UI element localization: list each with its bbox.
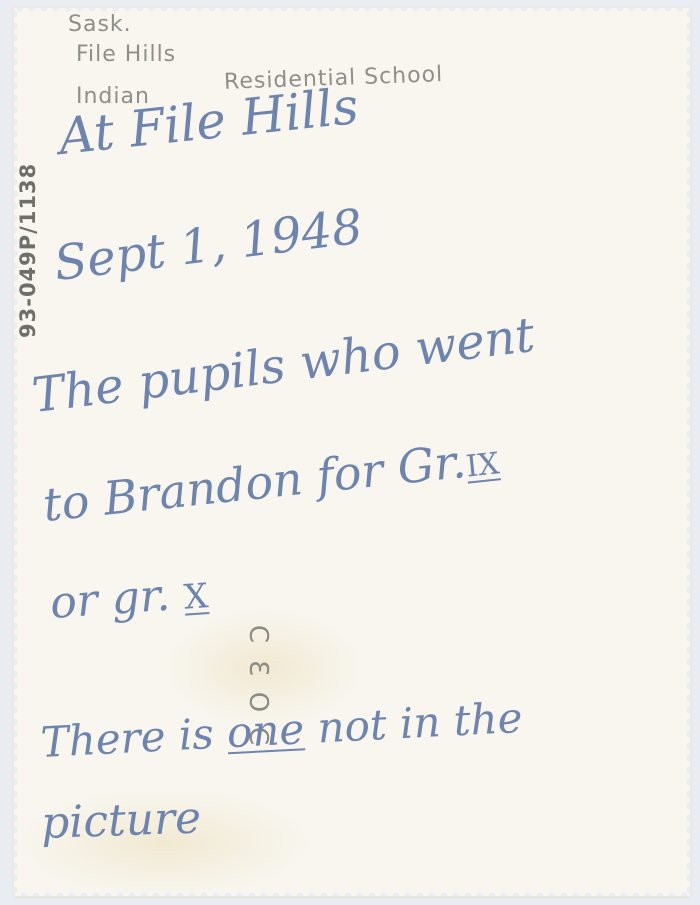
caption-line-grade: or gr. X <box>48 567 209 629</box>
caption-line-brandon: to Brandon for Gr.IX <box>40 430 501 532</box>
caption-not-in-the: not in the <box>316 693 523 753</box>
photo-back-card: Sask. File Hills Indian Residential Scho… <box>14 8 690 896</box>
pencil-header-line2: File Hills <box>76 42 176 67</box>
caption-there-is: There is <box>39 709 215 767</box>
caption-date: Sept 1, 1948 <box>51 199 365 292</box>
grade-ix: IX <box>464 446 501 484</box>
deckled-edge-left <box>14 8 20 896</box>
grade-x: X <box>183 576 210 618</box>
caption-one-underlined: one <box>226 704 306 757</box>
caption-line-pupils: The pupils who went <box>29 307 537 424</box>
caption-brandon-text: to Brandon for Gr. <box>40 434 468 532</box>
archive-accession-number: 93-049P/1138 <box>16 163 40 338</box>
pencil-mark: Ɛ <box>244 660 272 676</box>
pencil-header-line1: Sask. <box>68 12 132 37</box>
caption-or-grade-text: or gr. <box>48 570 171 629</box>
deckled-edge-right <box>684 8 690 896</box>
caption-picture: picture <box>40 792 202 849</box>
pencil-mark: C <box>244 625 272 643</box>
